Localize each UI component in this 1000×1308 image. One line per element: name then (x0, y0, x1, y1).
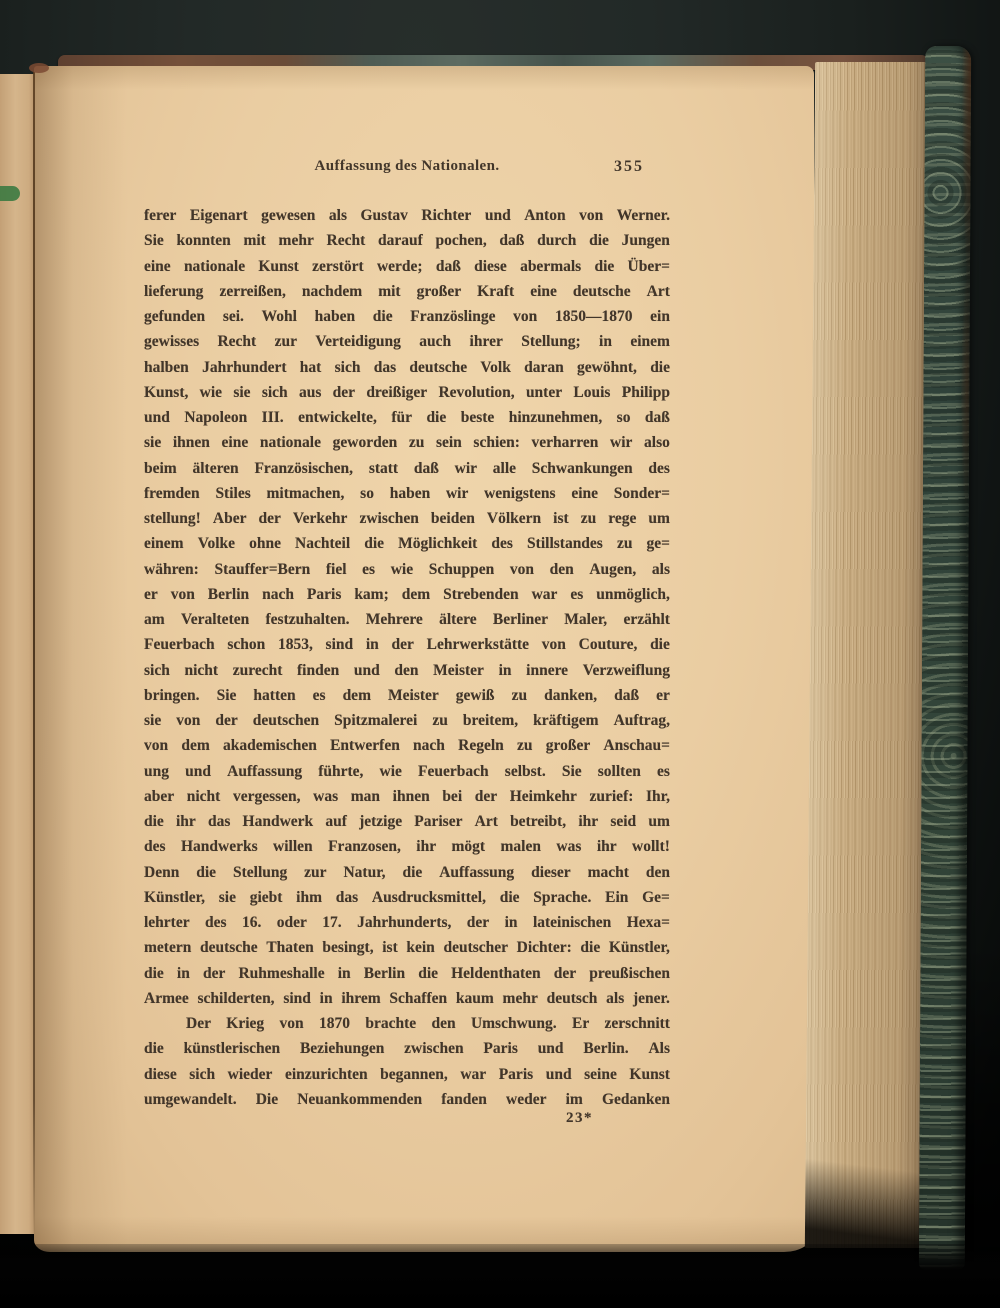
facing-page-sliver (0, 74, 34, 1234)
text-line: dieihrdasHandwerkaufjetzigePariserArtbet… (144, 809, 670, 834)
running-header: Auffassung des Nationalen. 355 (144, 158, 670, 180)
bookmark-thread (0, 186, 20, 201)
chapter-title: Auffassung des Nationalen. (144, 158, 670, 175)
text-line: lieferungzerreißen,nachdemmitgroßerKraft… (144, 279, 670, 304)
text-line: Armeeschilderten,sindinihremSchaffenkaum… (144, 986, 670, 1011)
text-line: sichnichtzurechtfindenunddenMeisterininn… (144, 658, 670, 683)
body-text: fererEigenartgewesenalsGustavRichterundA… (144, 203, 670, 1112)
page-gutter (33, 72, 35, 1240)
text-line: fererEigenartgewesenalsGustavRichterundA… (144, 203, 670, 228)
text-line: gefundensei.WohlhabendieFranzöslingevon1… (144, 304, 670, 329)
text-line: desHandwerkswillenFranzosen,ihrmögtmalen… (144, 834, 670, 859)
text-line: einemVolkeohneNachteildieMöglichkeitdesS… (144, 531, 670, 556)
text-line: beimälterenFranzösischen,stattdaßwiralle… (144, 456, 670, 481)
text-line: währen:Stauffer=BernfieleswieSchuppenvon… (144, 557, 670, 582)
text-line: stellung!AberderVerkehrzwischenbeidenVöl… (144, 506, 670, 531)
text-line: Feuerbachschon1853,sindinderLehrwerkstät… (144, 632, 670, 657)
text-line: DenndieStellungzurNatur,dieAuffassungdie… (144, 860, 670, 885)
text-line: diesesichwiedereinzurichtenbegannen,warP… (144, 1062, 670, 1087)
text-line: einenationaleKunstzerstörtwerde;daßdiese… (144, 254, 670, 279)
text-line: umgewandelt.DieNeuankommendenfandenweder… (144, 1087, 670, 1112)
text-line: ervonBerlinnachPariskam;demStrebendenwar… (144, 582, 670, 607)
bottom-shadow (0, 1244, 1000, 1308)
page-stack-fore-edge (805, 62, 933, 1248)
book-photograph: Auffassung des Nationalen. 355 fererEige… (0, 0, 1000, 1308)
text-line: undNapoleonIII.entwickelte,fürdiebestehi… (144, 405, 670, 430)
text-line: DerKriegvon1870brachtedenUmschwung.Erzer… (144, 1011, 670, 1036)
text-line: vondemakademischenEntwerfennachRegelnzug… (144, 733, 670, 758)
page-number: 355 (614, 158, 644, 176)
text-line: lehrterdes16.oder17.Jahrhunderts,derinla… (144, 910, 670, 935)
signature-mark: 23* (566, 1110, 593, 1127)
text-line: sievonderdeutschenSpitzmalereizubreitem,… (144, 708, 670, 733)
book-cover-edge (919, 46, 971, 1270)
text-line: abernichtvergessen,wasmanihnenbeiderHeim… (144, 784, 670, 809)
text-line: sieihneneinenationalegewordenzuseinschie… (144, 430, 670, 455)
text-line: meterndeutscheThatenbesingt,istkeindeuts… (144, 935, 670, 960)
text-line: bringen.SiehattenesdemMeistergewißzudank… (144, 683, 670, 708)
text-line: Kunst,wiesiesichausderdreißigerRevolutio… (144, 380, 670, 405)
text-line: dieinderRuhmeshalleinBerlindieHeldenthat… (144, 961, 670, 986)
text-line: ungundAuffassungführte,wieFeuerbachselbs… (144, 759, 670, 784)
text-line: gewissesRechtzurVerteidigungauchihrerSte… (144, 329, 670, 354)
text-line: diekünstlerischenBeziehungenzwischenPari… (144, 1036, 670, 1061)
text-line: Künstler,siegiebtihmdasAusdrucksmittel,d… (144, 885, 670, 910)
gutter-wear-mark (29, 63, 49, 73)
text-line: SiekonntenmitmehrRechtdaraufpochen,daßdu… (144, 228, 670, 253)
text-line: amVeraltetenfestzuhalten.MehrereältereBe… (144, 607, 670, 632)
text-line: fremdenStilesmitmachen,sohabenwirwenigst… (144, 481, 670, 506)
text-line: halbenJahrhunderthatsichdasdeutscheVolkd… (144, 355, 670, 380)
